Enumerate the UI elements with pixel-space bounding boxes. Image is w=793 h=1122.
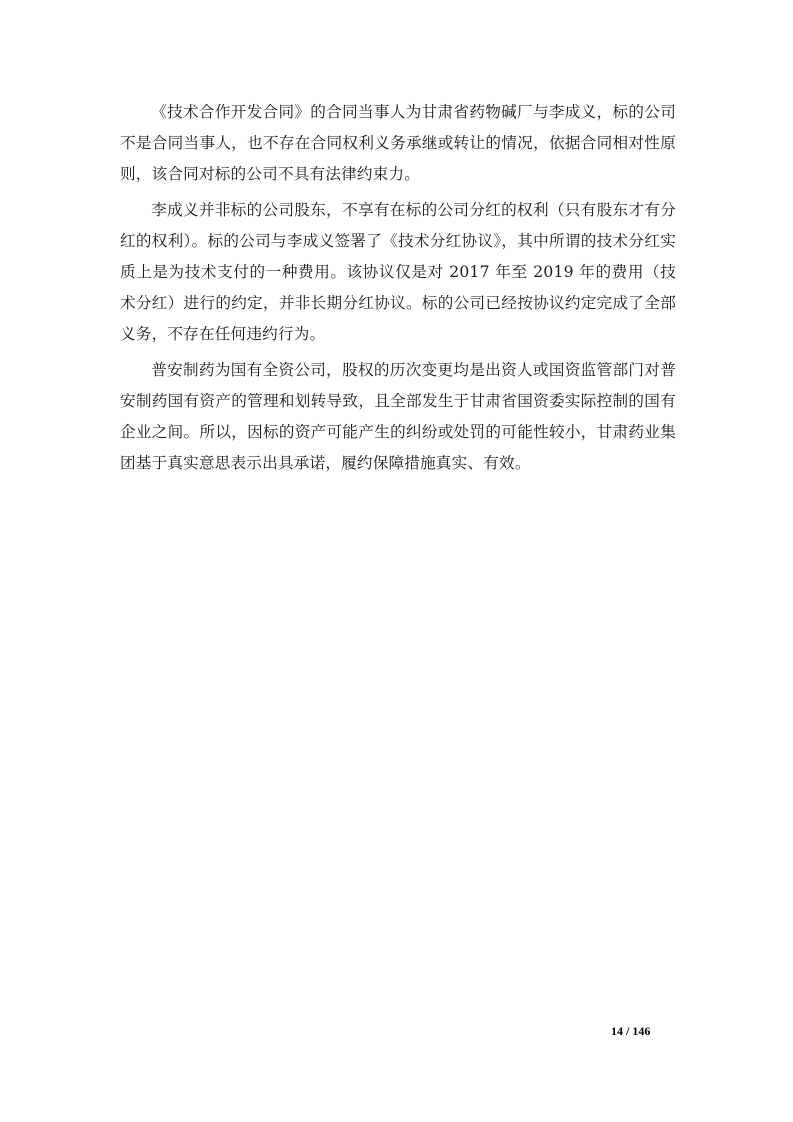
- paragraph-dividend-agreement: 李成义并非标的公司股东，不享有在标的公司分红的权利（只有股东才有分红的权利）。标…: [120, 195, 676, 350]
- document-page: 《技术合作开发合同》的合同当事人为甘肃省药物碱厂与李成义，标的公司不是合同当事人…: [0, 0, 793, 1122]
- paragraph-state-ownership: 普安制药为国有全资公司，股权的历次变更均是出资人或国资监管部门对普安制药国有资产…: [120, 355, 676, 479]
- paragraph-contract-parties: 《技术合作开发合同》的合同当事人为甘肃省药物碱厂与李成义，标的公司不是合同当事人…: [120, 97, 676, 190]
- page-number: 14 / 146: [611, 1024, 691, 1039]
- body-text: 《技术合作开发合同》的合同当事人为甘肃省药物碱厂与李成义，标的公司不是合同当事人…: [120, 97, 676, 484]
